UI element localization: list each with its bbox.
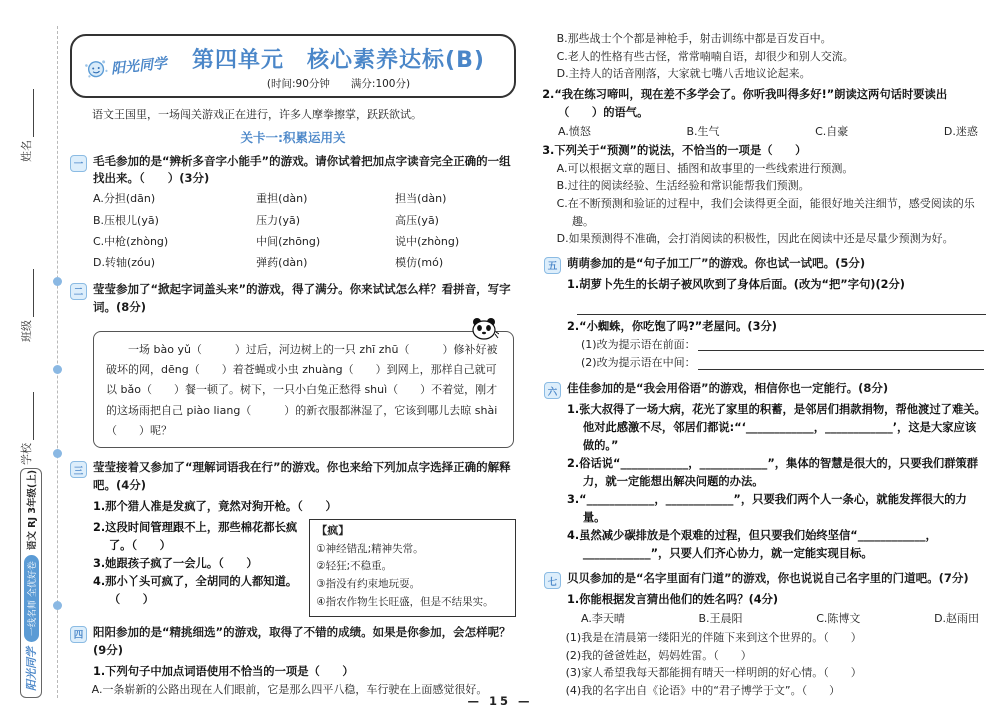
q4-option-b: B.那些战士个个都是神枪手，射击训练中都是百发百中。 xyxy=(544,30,986,48)
option-cell: 说中(zhòng) xyxy=(395,231,516,252)
page-title: 第四单元 核心素养达标(B) xyxy=(175,43,502,74)
question-7-marker: 七 xyxy=(544,572,561,589)
option-cell: 中间(zhōng) xyxy=(256,231,395,252)
q6-item-3: 3.“____________，____________”，只要我们两个人一条心… xyxy=(567,491,986,527)
question-5-marker: 五 xyxy=(544,257,561,274)
section-heading: 关卡一:积累运用关 xyxy=(70,128,516,146)
option-cell: B.生气 xyxy=(686,122,719,142)
option-cell: D.迷惑 xyxy=(944,122,978,142)
fold-dot xyxy=(53,365,62,374)
q4-sub-3: 3.下列关于“预测”的说法，不恰当的一项是（ ） xyxy=(544,142,986,160)
q3-item-2: 2.这段时间管理跟不上，那些棉花都长疯了。（ ） xyxy=(93,519,301,555)
q6-item-2: 2.俗话说“____________，____________”，集体的智慧是很… xyxy=(567,455,986,491)
header-subtitle: (时间:90分钟 满分:100分) xyxy=(175,76,502,91)
q5-item-2: 2.“小蜘蛛，你吃饱了吗?”老屋问。(3分) xyxy=(567,318,986,336)
intro-text: 语文王国里，一场闯关游戏正在进行，许多人摩拳擦掌，跃跃欲试。 xyxy=(70,107,516,124)
question-5: 五 萌萌参加的是“句子加工厂”的游戏。你也试一试吧。(5分) 1.胡萝卜先生的长… xyxy=(544,255,986,373)
option-cell: 高压(yā) xyxy=(395,210,516,231)
definition-box: 【疯】 ①神经错乱;精神失常。 ②轻狂;不稳重。 ③指没有约束地玩耍。 ④指农作… xyxy=(309,519,516,617)
definition-3: ③指没有约束地玩耍。 xyxy=(316,576,509,594)
answer-blank xyxy=(698,338,984,351)
question-4-marker: 四 xyxy=(70,626,87,643)
q4-sub2-options: A.愤怒 B.生气 C.自豪 D.迷惑 xyxy=(544,122,978,142)
option-cell: A.分担(dān) xyxy=(93,188,256,209)
answer-blank xyxy=(698,357,984,370)
fold-line xyxy=(57,26,58,698)
brand-badge: 一线名师 全优好卷 xyxy=(24,555,39,642)
fold-dot xyxy=(53,601,62,610)
class-blank-line xyxy=(21,269,34,317)
pinyin-passage-box: 一场 bào yǔ（ ）过后，河边树上的一只 zhī zhū（ ）修补好被破坏的… xyxy=(93,331,514,449)
question-7-stem: 贝贝参加的是“名字里面有门道”的游戏，你也说说自己名字里的门道吧。(7分) xyxy=(567,570,986,588)
q4-option-d: D.主持人的话音刚落，大家就七嘴八舌地议论起来。 xyxy=(544,65,986,83)
q5-sub1-label: (1)改为提示语在前面： xyxy=(581,336,696,355)
pinyin-passage-text: 一场 bào yǔ（ ）过后，河边树上的一只 zhī zhū（ ）修补好被破坏的… xyxy=(106,343,497,437)
q5-item-1: 1.胡萝卜先生的长胡子被风吹到了身体后面。(改为“把”字句)(2分) xyxy=(567,276,986,294)
definition-2: ②轻狂;不稳重。 xyxy=(316,558,509,576)
q4-option-c: C.老人的性格有些古怪，常常喃喃自语，却很少和别人交流。 xyxy=(544,48,986,66)
q7-item-1: (1)我是在清晨第一缕阳光的伴随下来到这个世界的。（ ） xyxy=(567,629,986,647)
question-7: 七 贝贝参加的是“名字里面有门道”的游戏，你也说说自己名字里的门道吧。(7分) … xyxy=(544,570,986,699)
option-cell: D.赵雨田 xyxy=(934,609,979,629)
option-cell: B.压根儿(yā) xyxy=(93,210,256,231)
brand-logo-text: 阳光同学 xyxy=(23,647,39,691)
brand-logo: 阳光同学 xyxy=(83,51,168,84)
question-2-stem: 莹莹参加了“掀起字词盖头来”的游戏，得了满分。你来试试怎么样？看拼音，写字词。(… xyxy=(93,281,516,317)
q7-sub-1: 1.你能根据发言猜出他们的姓名吗？(4分) xyxy=(567,591,986,609)
header-box: 阳光同学 第四单元 核心素养达标(B) (时间:90分钟 满分:100分) xyxy=(70,34,516,98)
definition-1: ①神经错乱;精神失常。 xyxy=(316,541,509,559)
answer-line xyxy=(577,294,986,315)
q6-item-1: 1.张大叔得了一场大病，花光了家里的积蓄，是邻居们捐款捐物，帮他渡过了难关。他对… xyxy=(567,401,986,455)
option-cell: 弹药(dàn) xyxy=(256,252,395,273)
question-2: 二 莹莹参加了“掀起字词盖头来”的游戏，得了满分。你来试试怎么样？看拼音，写字词… xyxy=(70,281,516,452)
q7-item-2: (2)我的爸爸姓赵，妈妈姓雷。（ ） xyxy=(567,647,986,665)
option-cell: C.中枪(zhòng) xyxy=(93,231,256,252)
q3-item-1: 1.那个猎人准是发疯了，竟然对狗开枪。（ ） xyxy=(93,498,516,516)
q4-sub-2: 2.“我在练习啼叫，现在差不多学会了。你听我叫得多好!”朗读这两句话时要读出（ … xyxy=(544,86,986,122)
q4-sub3-option-c: C.在不断预测和验证的过程中，我们会读得更全面，能很好地关注细节，感受阅读的乐趣… xyxy=(544,195,986,230)
q7-item-3: (3)家人希望我每天都能拥有晴天一样明朗的好心情。（ ） xyxy=(567,664,986,682)
question-1-options: A.分担(dān) 重担(dàn) 担当(dàn) B.压根儿(yā) 压力(y… xyxy=(93,188,516,274)
margin-class-field: 班级 xyxy=(18,250,34,342)
option-cell: C.陈博文 xyxy=(816,609,860,629)
q3-item-3: 3.她跟孩子疯了一会儿。（ ） xyxy=(93,555,301,573)
question-3-stem: 莹莹接着又参加了“理解词语我在行”的游戏。你也来给下列加点字选择正确的解释吧。(… xyxy=(93,459,516,495)
margin-name-field: 姓名 xyxy=(18,70,34,162)
brand-subject: 语文 RJ 3年级(上) xyxy=(24,470,38,550)
question-6: 六 佳佳参加的是“我会用俗语”的游戏，相信你也一定能行。(8分) 1.张大叔得了… xyxy=(544,380,986,563)
class-label: 班级 xyxy=(18,320,34,342)
question-1: 一 毛毛参加的是“辨析多音字小能手”的游戏。请你试着把加点字读音完全正确的一组找… xyxy=(70,153,516,274)
q4-sub-1: 1.下列句子中加点词语使用不恰当的一项是（ ） xyxy=(93,663,516,681)
option-cell: 压力(yā) xyxy=(256,210,395,231)
question-4-stem: 阳阳参加的是“精挑细选”的游戏，取得了不错的成绩。如果是你参加，会怎样呢？(9分… xyxy=(93,624,516,660)
fold-dot xyxy=(53,449,62,458)
q4-sub3-option-d: D.如果预测得不准确，会打消阅读的积极性，因此在阅读中还是尽量少预测为好。 xyxy=(544,230,986,248)
q3-item-4: 4.那小丫头可疯了，全胡同的人都知道。（ ） xyxy=(93,573,301,609)
name-blank-line xyxy=(21,89,34,137)
option-cell: 模仿(mó) xyxy=(395,252,516,273)
sun-icon xyxy=(83,57,109,83)
brand-banner: 阳光同学 一线名师 全优好卷 语文 RJ 3年级(上) xyxy=(20,468,42,698)
question-5-stem: 萌萌参加的是“句子加工厂”的游戏。你也试一试吧。(5分) xyxy=(567,255,986,273)
question-2-marker: 二 xyxy=(70,283,87,300)
page-number: — 15 — xyxy=(0,694,1000,708)
header-logo-text: 阳光同学 xyxy=(110,53,168,79)
panda-icon xyxy=(445,316,499,349)
option-cell: 重担(dàn) xyxy=(256,188,395,209)
question-3: 三 莹莹接着又参加了“理解词语我在行”的游戏。你也来给下列加点字选择正确的解释吧… xyxy=(70,459,516,617)
q5-sub-1: (1)改为提示语在前面： xyxy=(567,336,986,355)
question-1-stem: 毛毛参加的是“辨析多音字小能手”的游戏。请你试着把加点字读音完全正确的一组找出来… xyxy=(93,153,516,189)
definition-title: 【疯】 xyxy=(316,522,509,541)
q5-sub2-label: (2)改为提示语在中间： xyxy=(581,354,696,373)
q5-sub-2: (2)改为提示语在中间： xyxy=(567,354,986,373)
definition-4: ④指农作物生长旺盛，但是不结果实。 xyxy=(316,594,509,612)
option-cell: D.转轴(zóu) xyxy=(93,252,256,273)
q4-sub3-option-b: B.过往的阅读经验、生活经验和常识能帮我们预测。 xyxy=(544,177,986,195)
q7-name-options: A.李天晴 B.王晨阳 C.陈博文 D.赵雨田 xyxy=(567,609,979,629)
school-label: 学校 xyxy=(18,443,34,465)
question-1-marker: 一 xyxy=(70,155,87,172)
name-label: 姓名 xyxy=(18,140,34,162)
school-blank-line xyxy=(21,392,34,440)
option-cell: 担当(dàn) xyxy=(395,188,516,209)
option-cell: A.愤怒 xyxy=(558,122,591,142)
q4-sub3-option-a: A.可以根据文章的题目、插图和故事里的一些线索进行预测。 xyxy=(544,160,986,178)
fold-dot xyxy=(53,277,62,286)
worksheet-page: 姓名 班级 学校 阳光同学 一线名师 全优好卷 语文 RJ 3年级(上) xyxy=(0,0,1000,718)
margin-school-field: 学校 xyxy=(18,373,34,465)
option-cell: B.王晨阳 xyxy=(699,609,743,629)
question-4: 四 阳阳参加的是“精挑细选”的游戏，取得了不错的成绩。如果是你参加，会怎样呢？(… xyxy=(70,624,516,698)
question-3-marker: 三 xyxy=(70,461,87,478)
q6-item-4: 4.虽然减少碳排放是个艰难的过程，但只要我们始终坚信“____________，… xyxy=(567,527,986,563)
option-cell: C.自豪 xyxy=(815,122,848,142)
option-cell: A.李天晴 xyxy=(581,609,625,629)
question-6-marker: 六 xyxy=(544,382,561,399)
question-6-stem: 佳佳参加的是“我会用俗语”的游戏，相信你也一定能行。(8分) xyxy=(567,380,986,398)
